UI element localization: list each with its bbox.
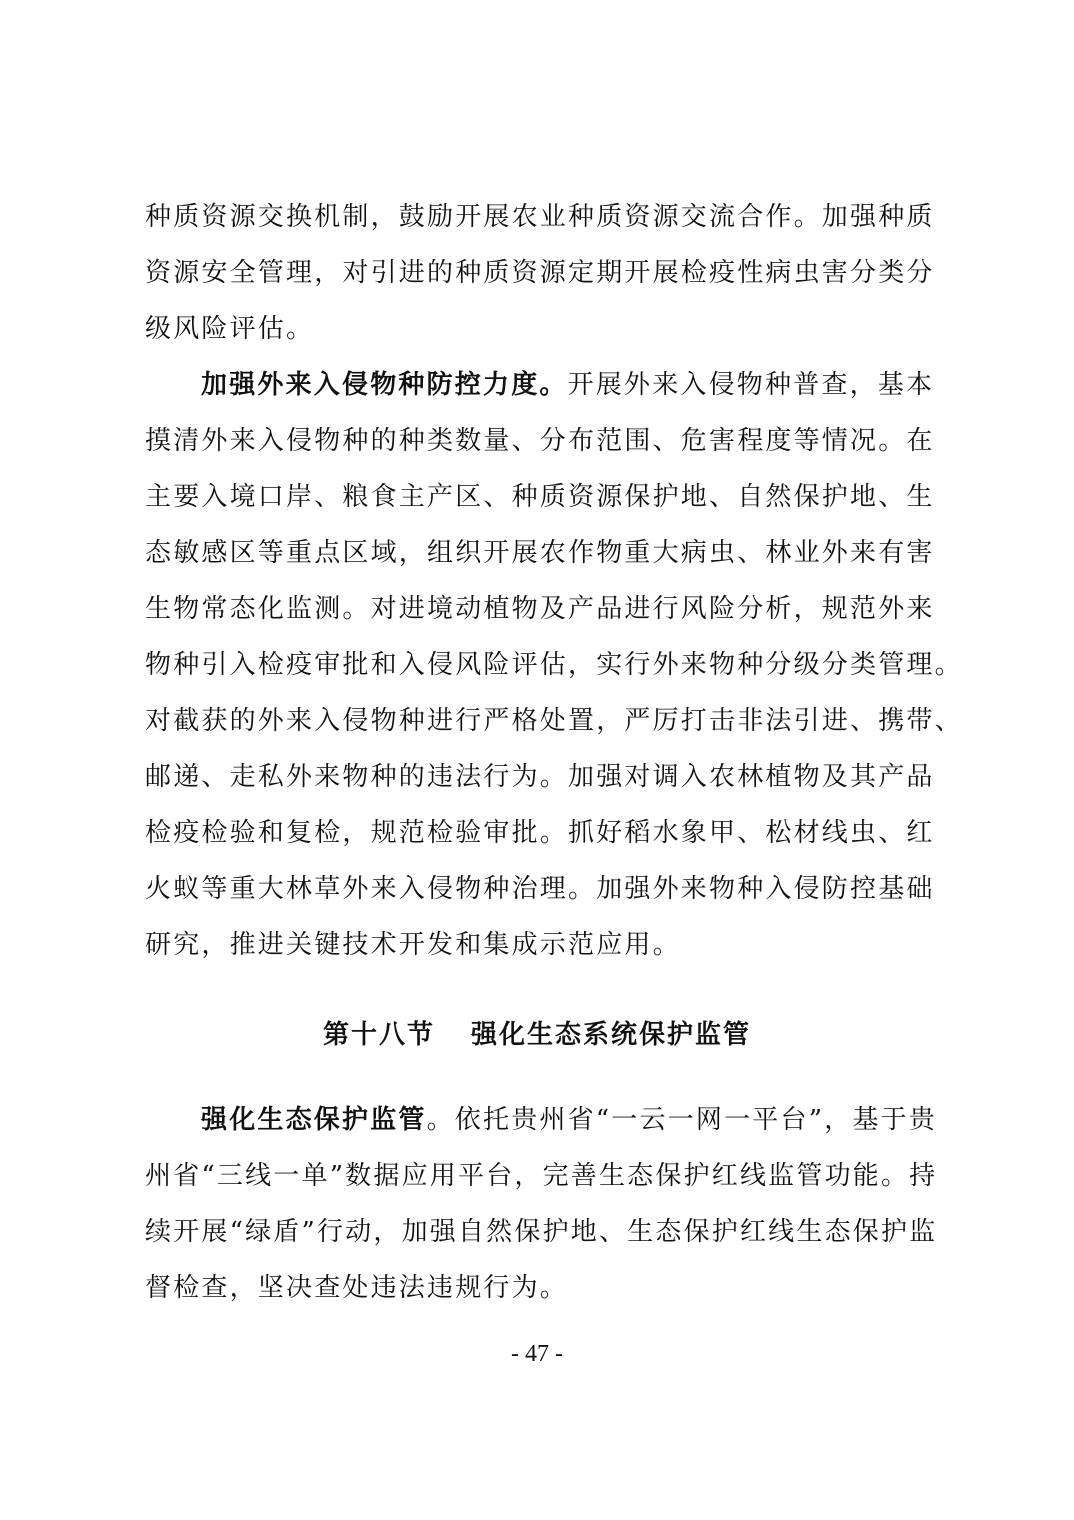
- paragraph-2-line-11: 研究，推进关键技术开发和集成示范应用。: [145, 925, 945, 965]
- paragraph-3-line-4: 督检查，坚决查处违法违规行为。: [145, 1268, 945, 1308]
- paragraph-2-line-5: 生物常态化监测。对进境动植物及产品进行风险分析，规范外来: [145, 589, 945, 629]
- paragraph-2-line-2: 摸清外来入侵物种的种类数量、分布范围、危害程度等情况。在: [145, 421, 945, 461]
- paragraph-2-line-1: 加强外来入侵物种防控力度。开展外来入侵物种普查，基本: [201, 365, 945, 405]
- paragraph-2-line-6: 物种引入检疫审批和入侵风险评估，实行外来物种分级分类管理。: [145, 645, 945, 685]
- paragraph-2-line-8: 邮递、走私外来物种的违法行为。加强对调入农林植物及其产品: [145, 757, 945, 797]
- document-page: 种质资源交换机制，鼓励开展农业种质资源交流合作。加强种质 资源安全管理，对引进的…: [0, 0, 1074, 1520]
- paragraph-1-line-3: 级风险评估。: [145, 309, 945, 349]
- page-number: - 47 -: [0, 1338, 1074, 1370]
- paragraph-2-lead-title: 加强外来入侵物种防控力度。: [201, 370, 568, 400]
- section-heading: 第十八节强化生态系统保护监管: [0, 1015, 1074, 1055]
- paragraph-3-lead-title: 强化生态保护监管: [201, 1105, 427, 1135]
- section-number: 第十八节: [323, 1020, 435, 1050]
- paragraph-2-first-line-text: 开展外来入侵物种普查，基本: [568, 370, 935, 400]
- paragraph-3-line-1: 强化生态保护监管。依托贵州省“一云一网一平台”，基于贵: [201, 1100, 945, 1140]
- paragraph-1-line-1: 种质资源交换机制，鼓励开展农业种质资源交流合作。加强种质: [145, 197, 945, 237]
- paragraph-2-line-3: 主要入境口岸、粮食主产区、种质资源保护地、自然保护地、生: [145, 477, 945, 517]
- section-title: 强化生态系统保护监管: [471, 1020, 751, 1050]
- paragraph-2-line-4: 态敏感区等重点区域，组织开展农作物重大病虫、林业外来有害: [145, 533, 945, 573]
- paragraph-3-first-line-text: 。依托贵州省“一云一网一平台”，基于贵: [427, 1105, 937, 1135]
- paragraph-3-line-2: 州省“三线一单”数据应用平台，完善生态保护红线监管功能。持: [145, 1156, 945, 1196]
- paragraph-1-line-2: 资源安全管理，对引进的种质资源定期开展检疫性病虫害分类分: [145, 253, 945, 293]
- paragraph-2-line-7: 对截获的外来入侵物种进行严格处置，严厉打击非法引进、携带、: [145, 701, 945, 741]
- paragraph-3-line-3: 续开展“绿盾”行动，加强自然保护地、生态保护红线生态保护监: [145, 1212, 945, 1252]
- paragraph-2-line-9: 检疫检验和复检，规范检验审批。抓好稻水象甲、松材线虫、红: [145, 813, 945, 853]
- paragraph-2-line-10: 火蚁等重大林草外来入侵物种治理。加强外来物种入侵防控基础: [145, 869, 945, 909]
